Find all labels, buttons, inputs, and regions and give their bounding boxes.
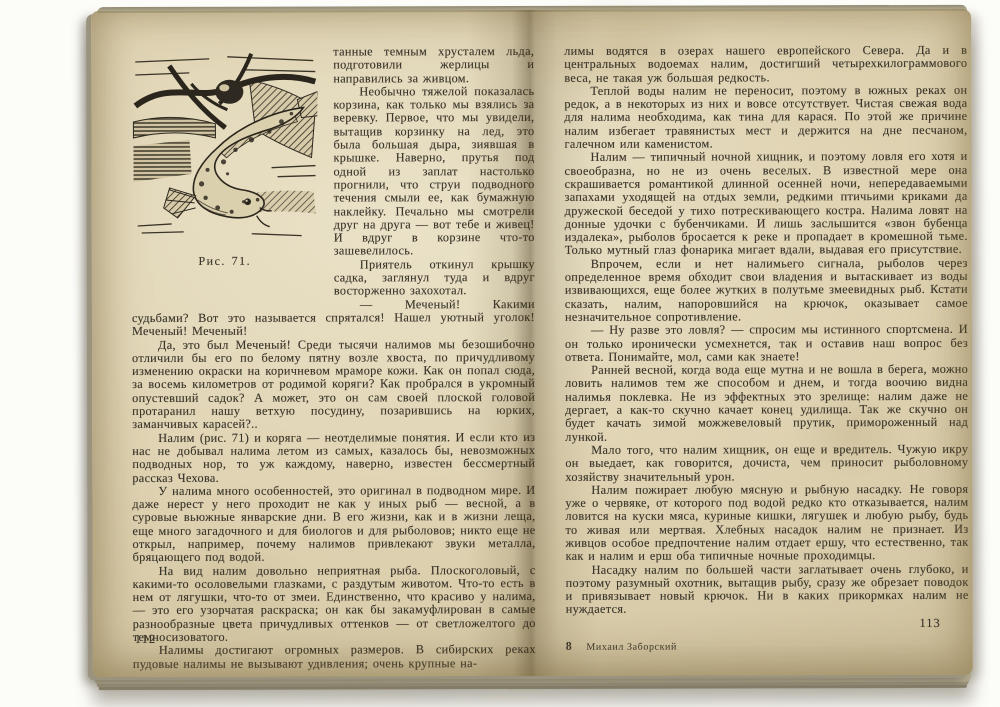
figure-caption: Рис. 71. [132,255,318,269]
left-page: Рис. 71. танные темным хрусталем льда, п… [131,45,536,671]
paragraph: лимы водятся в озерах нашего европейског… [564,44,967,85]
figure-block: Рис. 71. [131,50,318,291]
paragraph: Налимы достигают огромных размеров. В си… [133,643,536,671]
signature-author: Михаил Заборский [586,642,677,653]
signature-number: 8 [566,639,573,653]
paragraph: Впрочем, если и нет налимьего сигнала, р… [565,257,968,325]
paragraph: Насадку налим по большей части заглатыва… [566,562,969,616]
burbot-engraving-illustration [131,50,318,246]
paragraph: — Меченый! Какими судьбами? Вот это назы… [132,298,535,339]
paragraph: Теплой воды налим не переносит, поэтому … [564,84,967,152]
paragraph: Мало того, что налим хищник, он еще и вр… [565,443,968,484]
paragraph: Налим — типичный ночной хищник, и поэтом… [564,150,967,257]
right-page: лимы водятся в озерах нашего европейског… [564,44,968,617]
paragraph: На вид налим довольно неприятная рыба. П… [133,564,536,645]
page-number-left: 112 [135,632,156,647]
paragraph: Налим пожирает любую мясную и рыбную нас… [565,483,968,564]
paragraph: — Ну разве это ловля? — спросим мы истин… [565,323,968,364]
page-number-right: 113 [919,616,940,631]
paragraph: Ранней весной, когда вода еще мутна и не… [565,363,968,444]
paragraph: У налима много особенностей, это оригина… [132,484,535,565]
book-spread: Рис. 71. танные темным хрусталем льда, п… [91,9,973,677]
printer-signature: 8Михаил Заборский [566,639,677,654]
paragraph: Налим (рис. 71) и коряга — неотделимые п… [132,431,535,485]
scanned-book-photo: { "book": { "colors": { "paper": "#ddd1b… [0,0,1000,707]
paragraph: Да, это был Меченый! Среди тысячи налимо… [132,338,535,432]
